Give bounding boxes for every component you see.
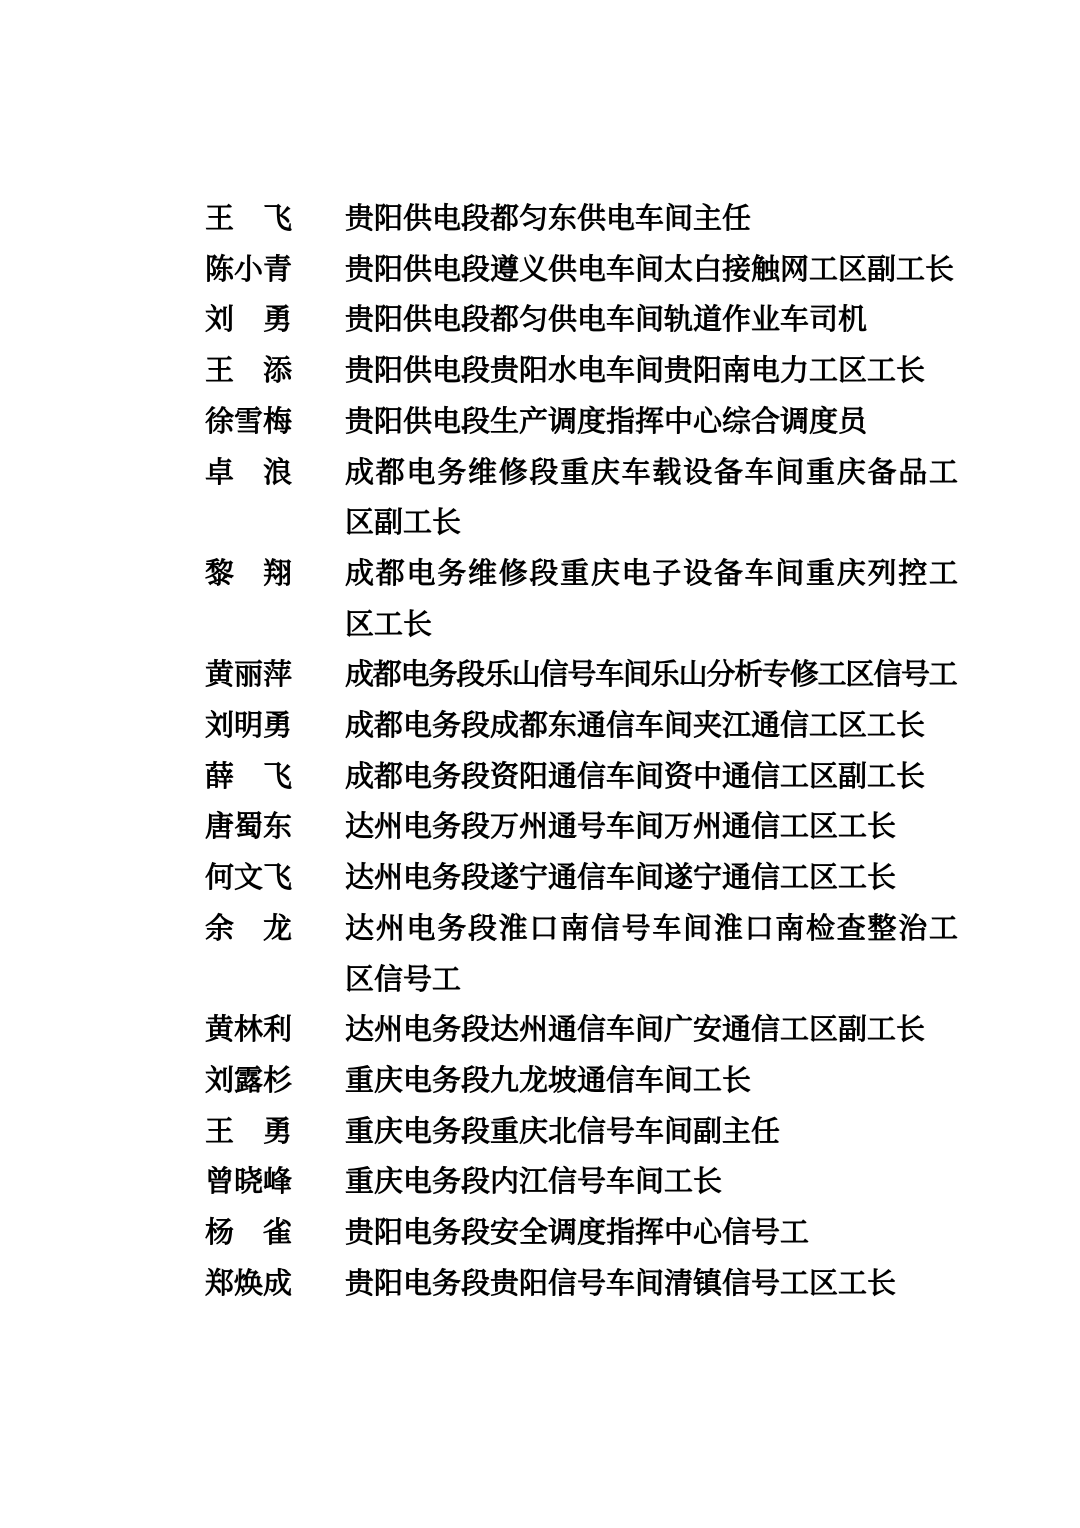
- roster-entry: 刘露杉 重庆电务段九龙坡通信车间工长: [205, 1056, 958, 1107]
- title-line: 贵阳供电段贵阳水电车间贵阳南电力工区工长: [345, 346, 958, 397]
- person-job-title: 成都电务段成都东通信车间夹江通信工区工长: [345, 701, 958, 752]
- title-line: 区工长: [345, 600, 958, 651]
- person-job-title: 成都电务段乐山信号车间乐山分析专修工区信号工: [345, 650, 958, 701]
- person-name: 郑焕成: [205, 1259, 293, 1310]
- person-job-title: 成都电务维修段重庆电子设备车间重庆列控工区工长: [345, 549, 958, 650]
- person-job-title: 贵阳供电段生产调度指挥中心综合调度员: [345, 397, 958, 448]
- person-job-title: 成都电务段资阳通信车间资中通信工区副工长: [345, 752, 958, 803]
- title-line: 贵阳供电段都匀供电车间轨道作业车司机: [345, 295, 958, 346]
- roster-entry: 王 勇 重庆电务段重庆北信号车间副主任: [205, 1107, 958, 1158]
- person-name: 余 龙: [205, 904, 293, 955]
- title-line: 达州电务段遂宁通信车间遂宁通信工区工长: [345, 853, 958, 904]
- title-line: 达州电务段万州通号车间万州通信工区工长: [345, 802, 958, 853]
- title-line: 贵阳供电段都匀东供电车间主任: [345, 194, 958, 245]
- title-line: 达州电务段达州通信车间广安通信工区副工长: [345, 1005, 958, 1056]
- roster-entry: 王 飞 贵阳供电段都匀东供电车间主任: [205, 194, 958, 245]
- title-line: 成都电务段成都东通信车间夹江通信工区工长: [345, 701, 958, 752]
- person-name: 何文飞: [205, 853, 293, 904]
- document-page: 王 飞 贵阳供电段都匀东供电车间主任 陈小青 贵阳供电段遵义供电车间太白接触网工…: [0, 0, 1080, 1528]
- roster-entry: 黎 翔 成都电务维修段重庆电子设备车间重庆列控工区工长: [205, 549, 958, 650]
- person-name: 唐蜀东: [205, 802, 293, 853]
- roster-entry: 杨 雀 贵阳电务段安全调度指挥中心信号工: [205, 1208, 958, 1259]
- person-name: 刘露杉: [205, 1056, 293, 1107]
- title-line: 贵阳供电段遵义供电车间太白接触网工区副工长: [345, 245, 958, 296]
- roster-entry: 郑焕成 贵阳电务段贵阳信号车间清镇信号工区工长: [205, 1259, 958, 1310]
- person-name: 王 飞: [205, 194, 293, 245]
- person-job-title: 贵阳供电段都匀供电车间轨道作业车司机: [345, 295, 958, 346]
- roster-entry: 何文飞 达州电务段遂宁通信车间遂宁通信工区工长: [205, 853, 958, 904]
- person-name: 卓 浪: [205, 448, 293, 499]
- title-line: 成都电务段资阳通信车间资中通信工区副工长: [345, 752, 958, 803]
- title-line: 成都电务维修段重庆车载设备车间重庆备品工: [345, 448, 958, 499]
- roster-entry: 刘 勇 贵阳供电段都匀供电车间轨道作业车司机: [205, 295, 958, 346]
- roster-entry: 刘明勇 成都电务段成都东通信车间夹江通信工区工长: [205, 701, 958, 752]
- person-name: 薛 飞: [205, 752, 293, 803]
- roster-entry: 黄林利 达州电务段达州通信车间广安通信工区副工长: [205, 1005, 958, 1056]
- title-line: 成都电务段乐山信号车间乐山分析专修工区信号工: [345, 650, 958, 701]
- title-line: 成都电务维修段重庆电子设备车间重庆列控工: [345, 549, 958, 600]
- person-job-title: 贵阳供电段贵阳水电车间贵阳南电力工区工长: [345, 346, 958, 397]
- person-job-title: 贵阳供电段遵义供电车间太白接触网工区副工长: [345, 245, 958, 296]
- person-name: 刘 勇: [205, 295, 293, 346]
- title-line: 区信号工: [345, 955, 958, 1006]
- roster-entry: 徐雪梅 贵阳供电段生产调度指挥中心综合调度员: [205, 397, 958, 448]
- roster-entry: 唐蜀东 达州电务段万州通号车间万州通信工区工长: [205, 802, 958, 853]
- roster-entry: 余 龙 达州电务段淮口南信号车间淮口南检查整治工区信号工: [205, 904, 958, 1005]
- person-name: 王 添: [205, 346, 293, 397]
- person-job-title: 达州电务段万州通号车间万州通信工区工长: [345, 802, 958, 853]
- title-line: 重庆电务段九龙坡通信车间工长: [345, 1056, 958, 1107]
- title-line: 贵阳电务段贵阳信号车间清镇信号工区工长: [345, 1259, 958, 1310]
- roster-entry: 薛 飞 成都电务段资阳通信车间资中通信工区副工长: [205, 752, 958, 803]
- person-name: 曾晓峰: [205, 1157, 293, 1208]
- person-job-title: 成都电务维修段重庆车载设备车间重庆备品工区副工长: [345, 448, 958, 549]
- roster-entry: 陈小青 贵阳供电段遵义供电车间太白接触网工区副工长: [205, 245, 958, 296]
- person-job-title: 达州电务段淮口南信号车间淮口南检查整治工区信号工: [345, 904, 958, 1005]
- person-name: 杨 雀: [205, 1208, 293, 1259]
- person-name: 徐雪梅: [205, 397, 293, 448]
- person-name: 陈小青: [205, 245, 293, 296]
- person-job-title: 重庆电务段九龙坡通信车间工长: [345, 1056, 958, 1107]
- person-name: 黎 翔: [205, 549, 293, 600]
- person-job-title: 贵阳供电段都匀东供电车间主任: [345, 194, 958, 245]
- person-job-title: 重庆电务段内江信号车间工长: [345, 1157, 958, 1208]
- personnel-roster-list: 王 飞 贵阳供电段都匀东供电车间主任 陈小青 贵阳供电段遵义供电车间太白接触网工…: [205, 194, 958, 1309]
- person-name: 王 勇: [205, 1107, 293, 1158]
- title-line: 达州电务段淮口南信号车间淮口南检查整治工: [345, 904, 958, 955]
- person-name: 刘明勇: [205, 701, 293, 752]
- title-line: 重庆电务段内江信号车间工长: [345, 1157, 958, 1208]
- person-job-title: 达州电务段达州通信车间广安通信工区副工长: [345, 1005, 958, 1056]
- roster-entry: 曾晓峰 重庆电务段内江信号车间工长: [205, 1157, 958, 1208]
- title-line: 贵阳电务段安全调度指挥中心信号工: [345, 1208, 958, 1259]
- person-job-title: 贵阳电务段安全调度指挥中心信号工: [345, 1208, 958, 1259]
- title-line: 贵阳供电段生产调度指挥中心综合调度员: [345, 397, 958, 448]
- person-job-title: 达州电务段遂宁通信车间遂宁通信工区工长: [345, 853, 958, 904]
- roster-entry: 卓 浪 成都电务维修段重庆车载设备车间重庆备品工区副工长: [205, 448, 958, 549]
- title-line: 区副工长: [345, 498, 958, 549]
- roster-entry: 黄丽萍 成都电务段乐山信号车间乐山分析专修工区信号工: [205, 650, 958, 701]
- roster-entry: 王 添 贵阳供电段贵阳水电车间贵阳南电力工区工长: [205, 346, 958, 397]
- person-job-title: 贵阳电务段贵阳信号车间清镇信号工区工长: [345, 1259, 958, 1310]
- person-name: 黄丽萍: [205, 650, 293, 701]
- person-job-title: 重庆电务段重庆北信号车间副主任: [345, 1107, 958, 1158]
- title-line: 重庆电务段重庆北信号车间副主任: [345, 1107, 958, 1158]
- person-name: 黄林利: [205, 1005, 293, 1056]
